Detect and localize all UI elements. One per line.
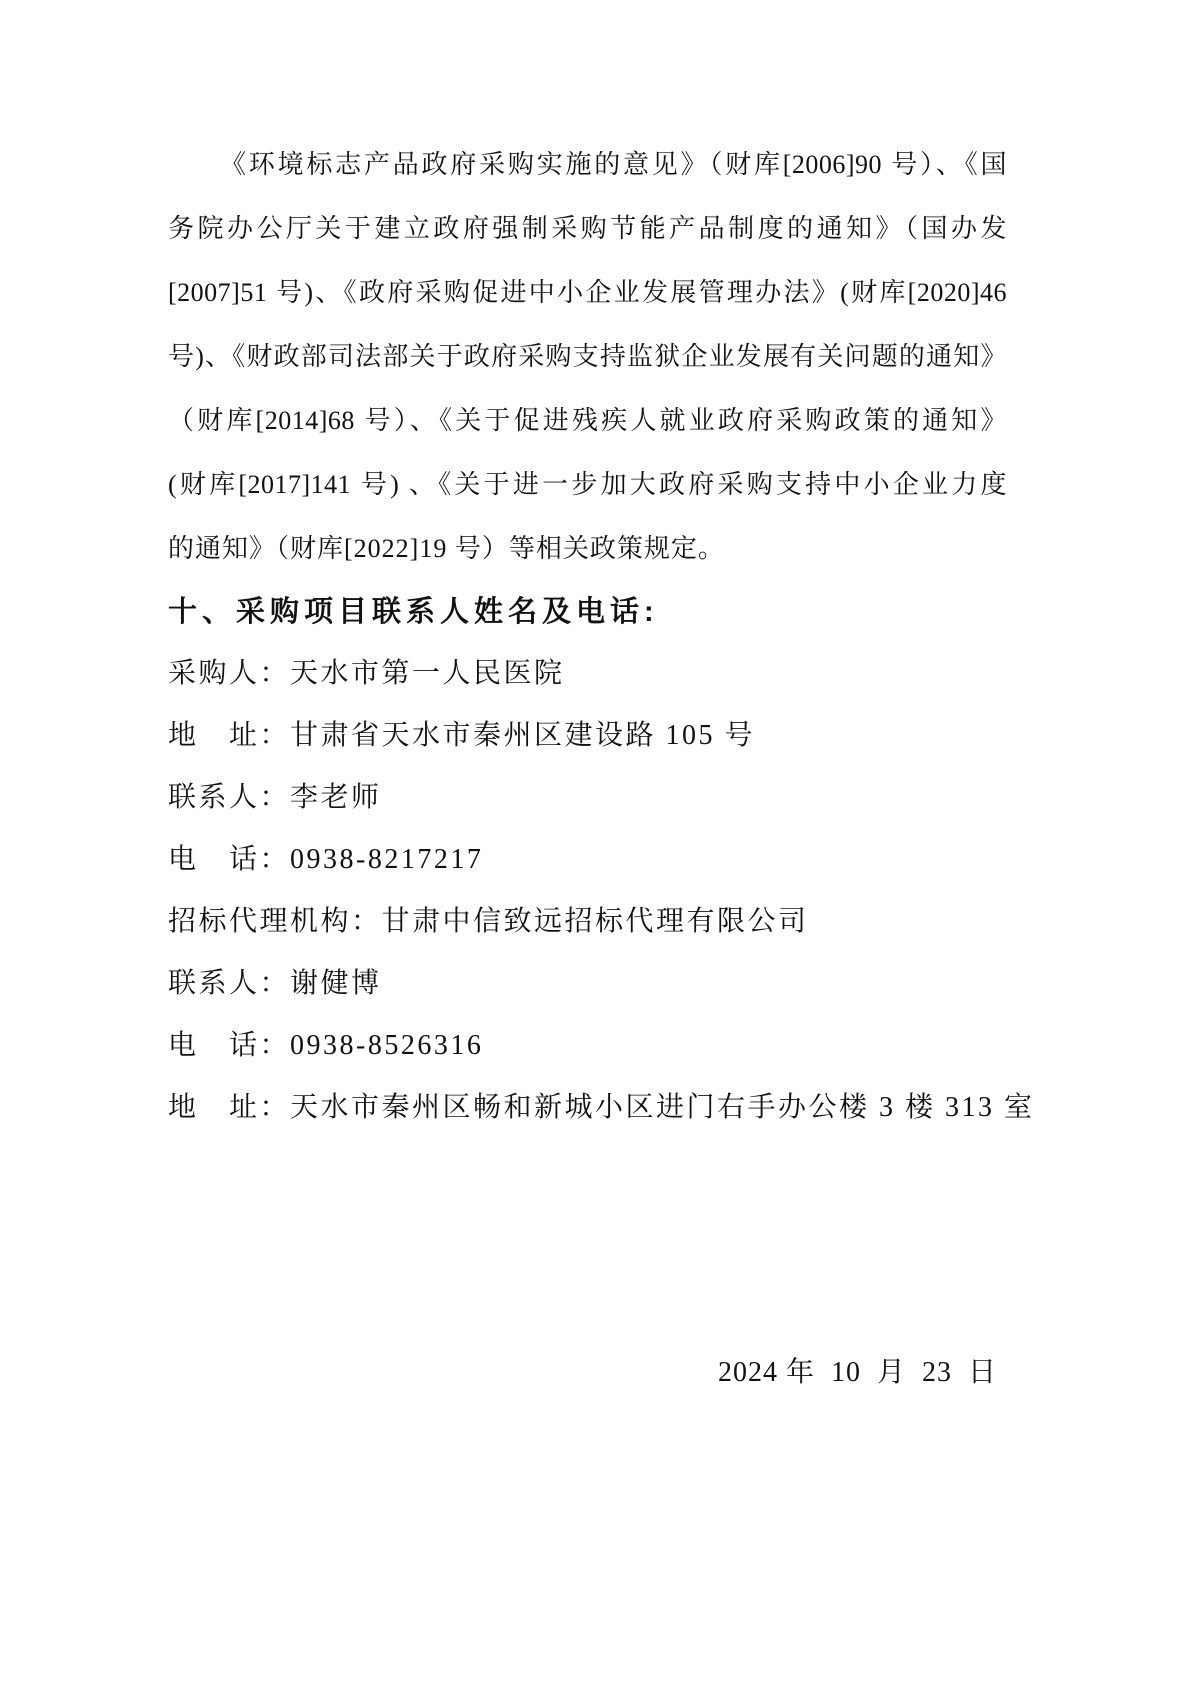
- contact-line-agency: 招标代理机构：甘肃中信致远招标代理有限公司: [168, 891, 1007, 953]
- paragraph-line: (财库[2017]141 号) 、《关于进一步加大政府采购支持中小企业力度: [168, 453, 1007, 517]
- contact-line-purchaser-address: 地 址：甘肃省天水市秦州区建设路 105 号: [168, 705, 1007, 767]
- paragraph-line: （财库[2014]68 号）、《关于促进残疾人就业政府采购政策的通知》: [168, 389, 1007, 453]
- contact-line-purchaser: 采购人：天水市第一人民医院: [168, 643, 1007, 705]
- contact-line-agency-phone: 电 话：0938-8526316: [168, 1015, 1007, 1077]
- paragraph-line: 的通知》（财库[2022]19 号）等相关政策规定。: [168, 517, 1007, 581]
- document-page: 《环境标志产品政府采购实施的意见》（财库[2006]90 号）、《国 务院办公厅…: [0, 0, 1191, 1684]
- section-heading-contacts: 十、采购项目联系人姓名及电话:: [168, 581, 1007, 643]
- contact-line-agency-contact: 联系人：谢健博: [168, 953, 1007, 1015]
- paragraph-line: 号)、《财政部司法部关于政府采购支持监狱企业发展有关问题的通知》: [168, 325, 1007, 389]
- document-content: 《环境标志产品政府采购实施的意见》（财库[2006]90 号）、《国 务院办公厅…: [168, 133, 1007, 1404]
- document-date: 2024 年 10 月 23 日: [168, 1342, 1007, 1404]
- paragraph-line: [2007]51 号)、《政府采购促进中小企业发展管理办法》(财库[2020]4…: [168, 261, 1007, 325]
- contact-line-purchaser-contact: 联系人：李老师: [168, 767, 1007, 829]
- contact-line-agency-address: 地 址：天水市秦州区畅和新城小区进门右手办公楼 3 楼 313 室: [168, 1077, 1007, 1139]
- contact-info-block: 采购人：天水市第一人民医院 地 址：甘肃省天水市秦州区建设路 105 号 联系人…: [168, 643, 1007, 1139]
- paragraph-line: 《环境标志产品政府采购实施的意见》（财库[2006]90 号）、《国: [168, 133, 1007, 197]
- paragraph-line: 务院办公厅关于建立政府强制采购节能产品制度的通知》（国办发: [168, 197, 1007, 261]
- contact-line-purchaser-phone: 电 话：0938-8217217: [168, 829, 1007, 891]
- policy-paragraph: 《环境标志产品政府采购实施的意见》（财库[2006]90 号）、《国 务院办公厅…: [168, 133, 1007, 581]
